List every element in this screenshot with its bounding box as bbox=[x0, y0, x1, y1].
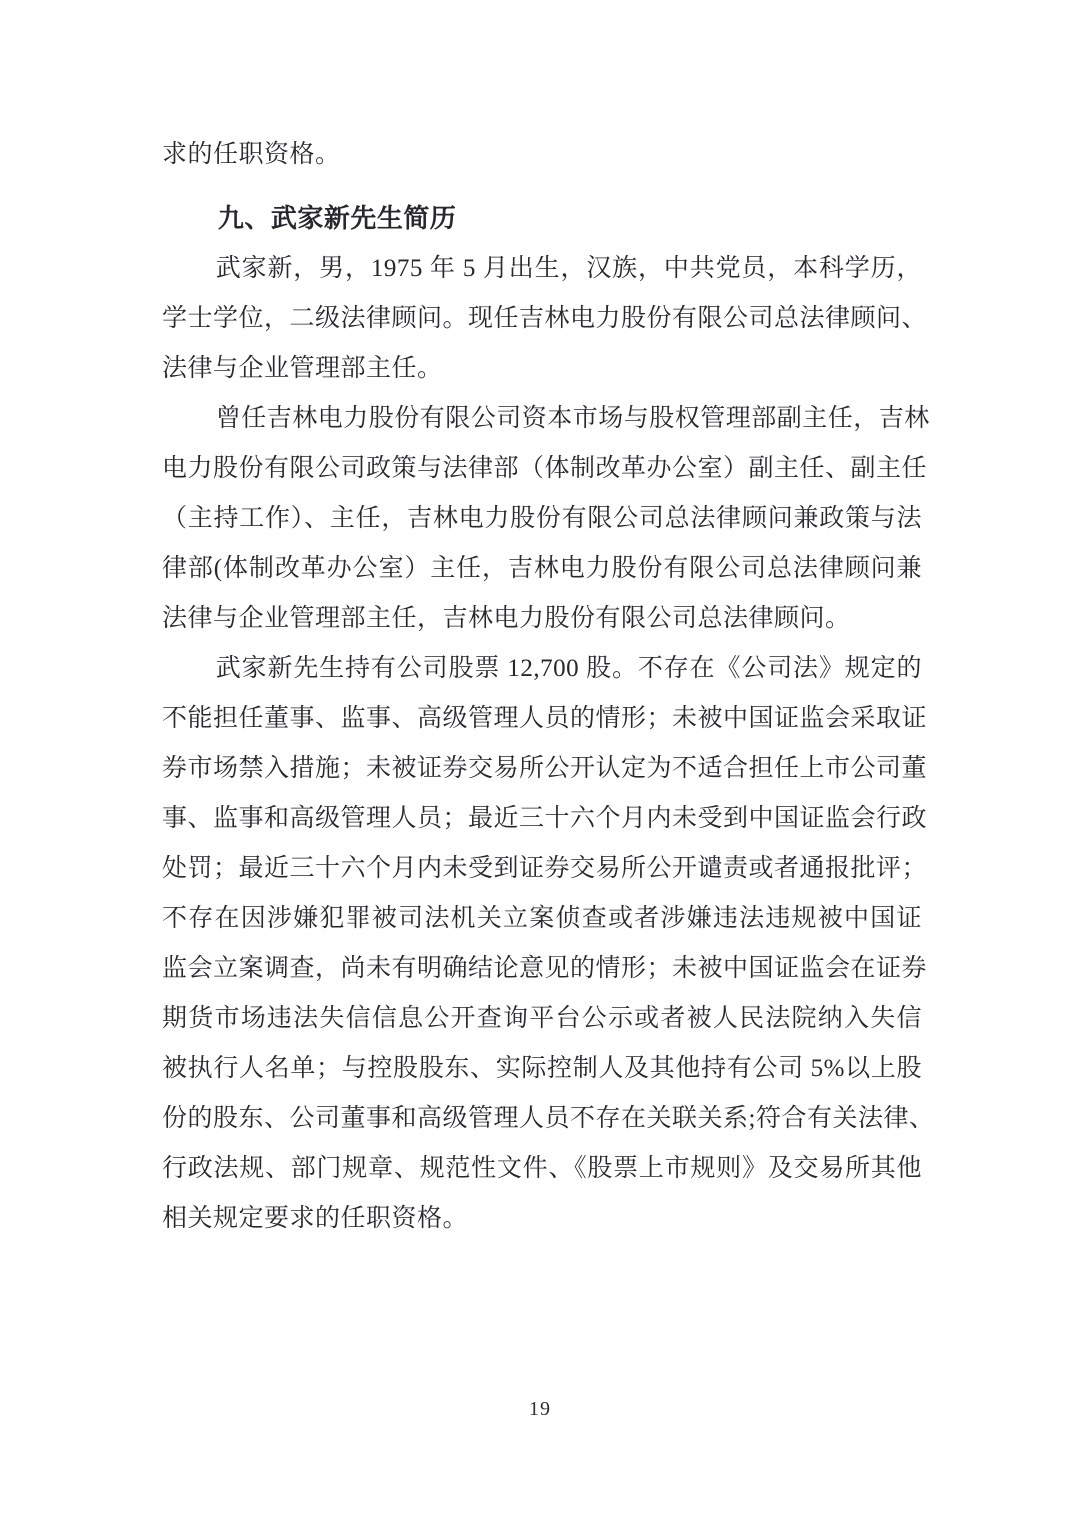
text-line: 不存在因涉嫌犯罪被司法机关立案侦查或者涉嫌违法违规被中国证 bbox=[162, 894, 922, 944]
text-line: 学士学位，二级法律顾问。现任吉林电力股份有限公司总法律顾问、 bbox=[162, 294, 922, 344]
text-line: 行政法规、部门规章、规范性文件、《股票上市规则》及交易所其他 bbox=[162, 1144, 922, 1194]
text-line: 处罚；最近三十六个月内未受到证券交易所公开谴责或者通报批评； bbox=[162, 844, 922, 894]
page-number: 19 bbox=[0, 1398, 1080, 1421]
text-line: 电力股份有限公司政策与法律部（体制改革办公室）副主任、副主任 bbox=[162, 444, 922, 494]
text-line: 相关规定要求的任职资格。 bbox=[162, 1194, 922, 1244]
text-line: 份的股东、公司董事和高级管理人员不存在关联关系;符合有关法律、 bbox=[162, 1094, 922, 1144]
text-line: 券市场禁入措施；未被证券交易所公开认定为不适合担任上市公司董 bbox=[162, 744, 922, 794]
section-heading: 九、武家新先生简历 bbox=[162, 194, 922, 244]
text-line: 监会立案调查，尚未有明确结论意见的情形；未被中国证监会在证券 bbox=[162, 944, 922, 994]
text-line: 事、监事和高级管理人员；最近三十六个月内未受到中国证监会行政 bbox=[162, 794, 922, 844]
text-line: 法律与企业管理部主任，吉林电力股份有限公司总法律顾问。 bbox=[162, 594, 922, 644]
document-page: 求的任职资格。九、武家新先生简历武家新，男，1975 年 5 月出生，汉族，中共… bbox=[0, 0, 1080, 1527]
text-line: 曾任吉林电力股份有限公司资本市场与股权管理部副主任，吉林 bbox=[162, 394, 922, 444]
text-line: 被执行人名单；与控股股东、实际控制人及其他持有公司 5%以上股 bbox=[162, 1044, 922, 1094]
text-line: 武家新，男，1975 年 5 月出生，汉族，中共党员，本科学历， bbox=[162, 244, 922, 294]
text-line: 法律与企业管理部主任。 bbox=[162, 344, 922, 394]
text-line: （主持工作）、主任，吉林电力股份有限公司总法律顾问兼政策与法 bbox=[162, 494, 922, 544]
text-line: 期货市场违法失信信息公开查询平台公示或者被人民法院纳入失信 bbox=[162, 994, 922, 1044]
text-line: 不能担任董事、监事、高级管理人员的情形；未被中国证监会采取证 bbox=[162, 694, 922, 744]
page-body: 求的任职资格。九、武家新先生简历武家新，男，1975 年 5 月出生，汉族，中共… bbox=[162, 130, 922, 1244]
text-line: 律部(体制改革办公室）主任，吉林电力股份有限公司总法律顾问兼 bbox=[162, 544, 922, 594]
text-line: 求的任职资格。 bbox=[162, 130, 922, 180]
text-line: 武家新先生持有公司股票 12,700 股。不存在《公司法》规定的 bbox=[162, 644, 922, 694]
